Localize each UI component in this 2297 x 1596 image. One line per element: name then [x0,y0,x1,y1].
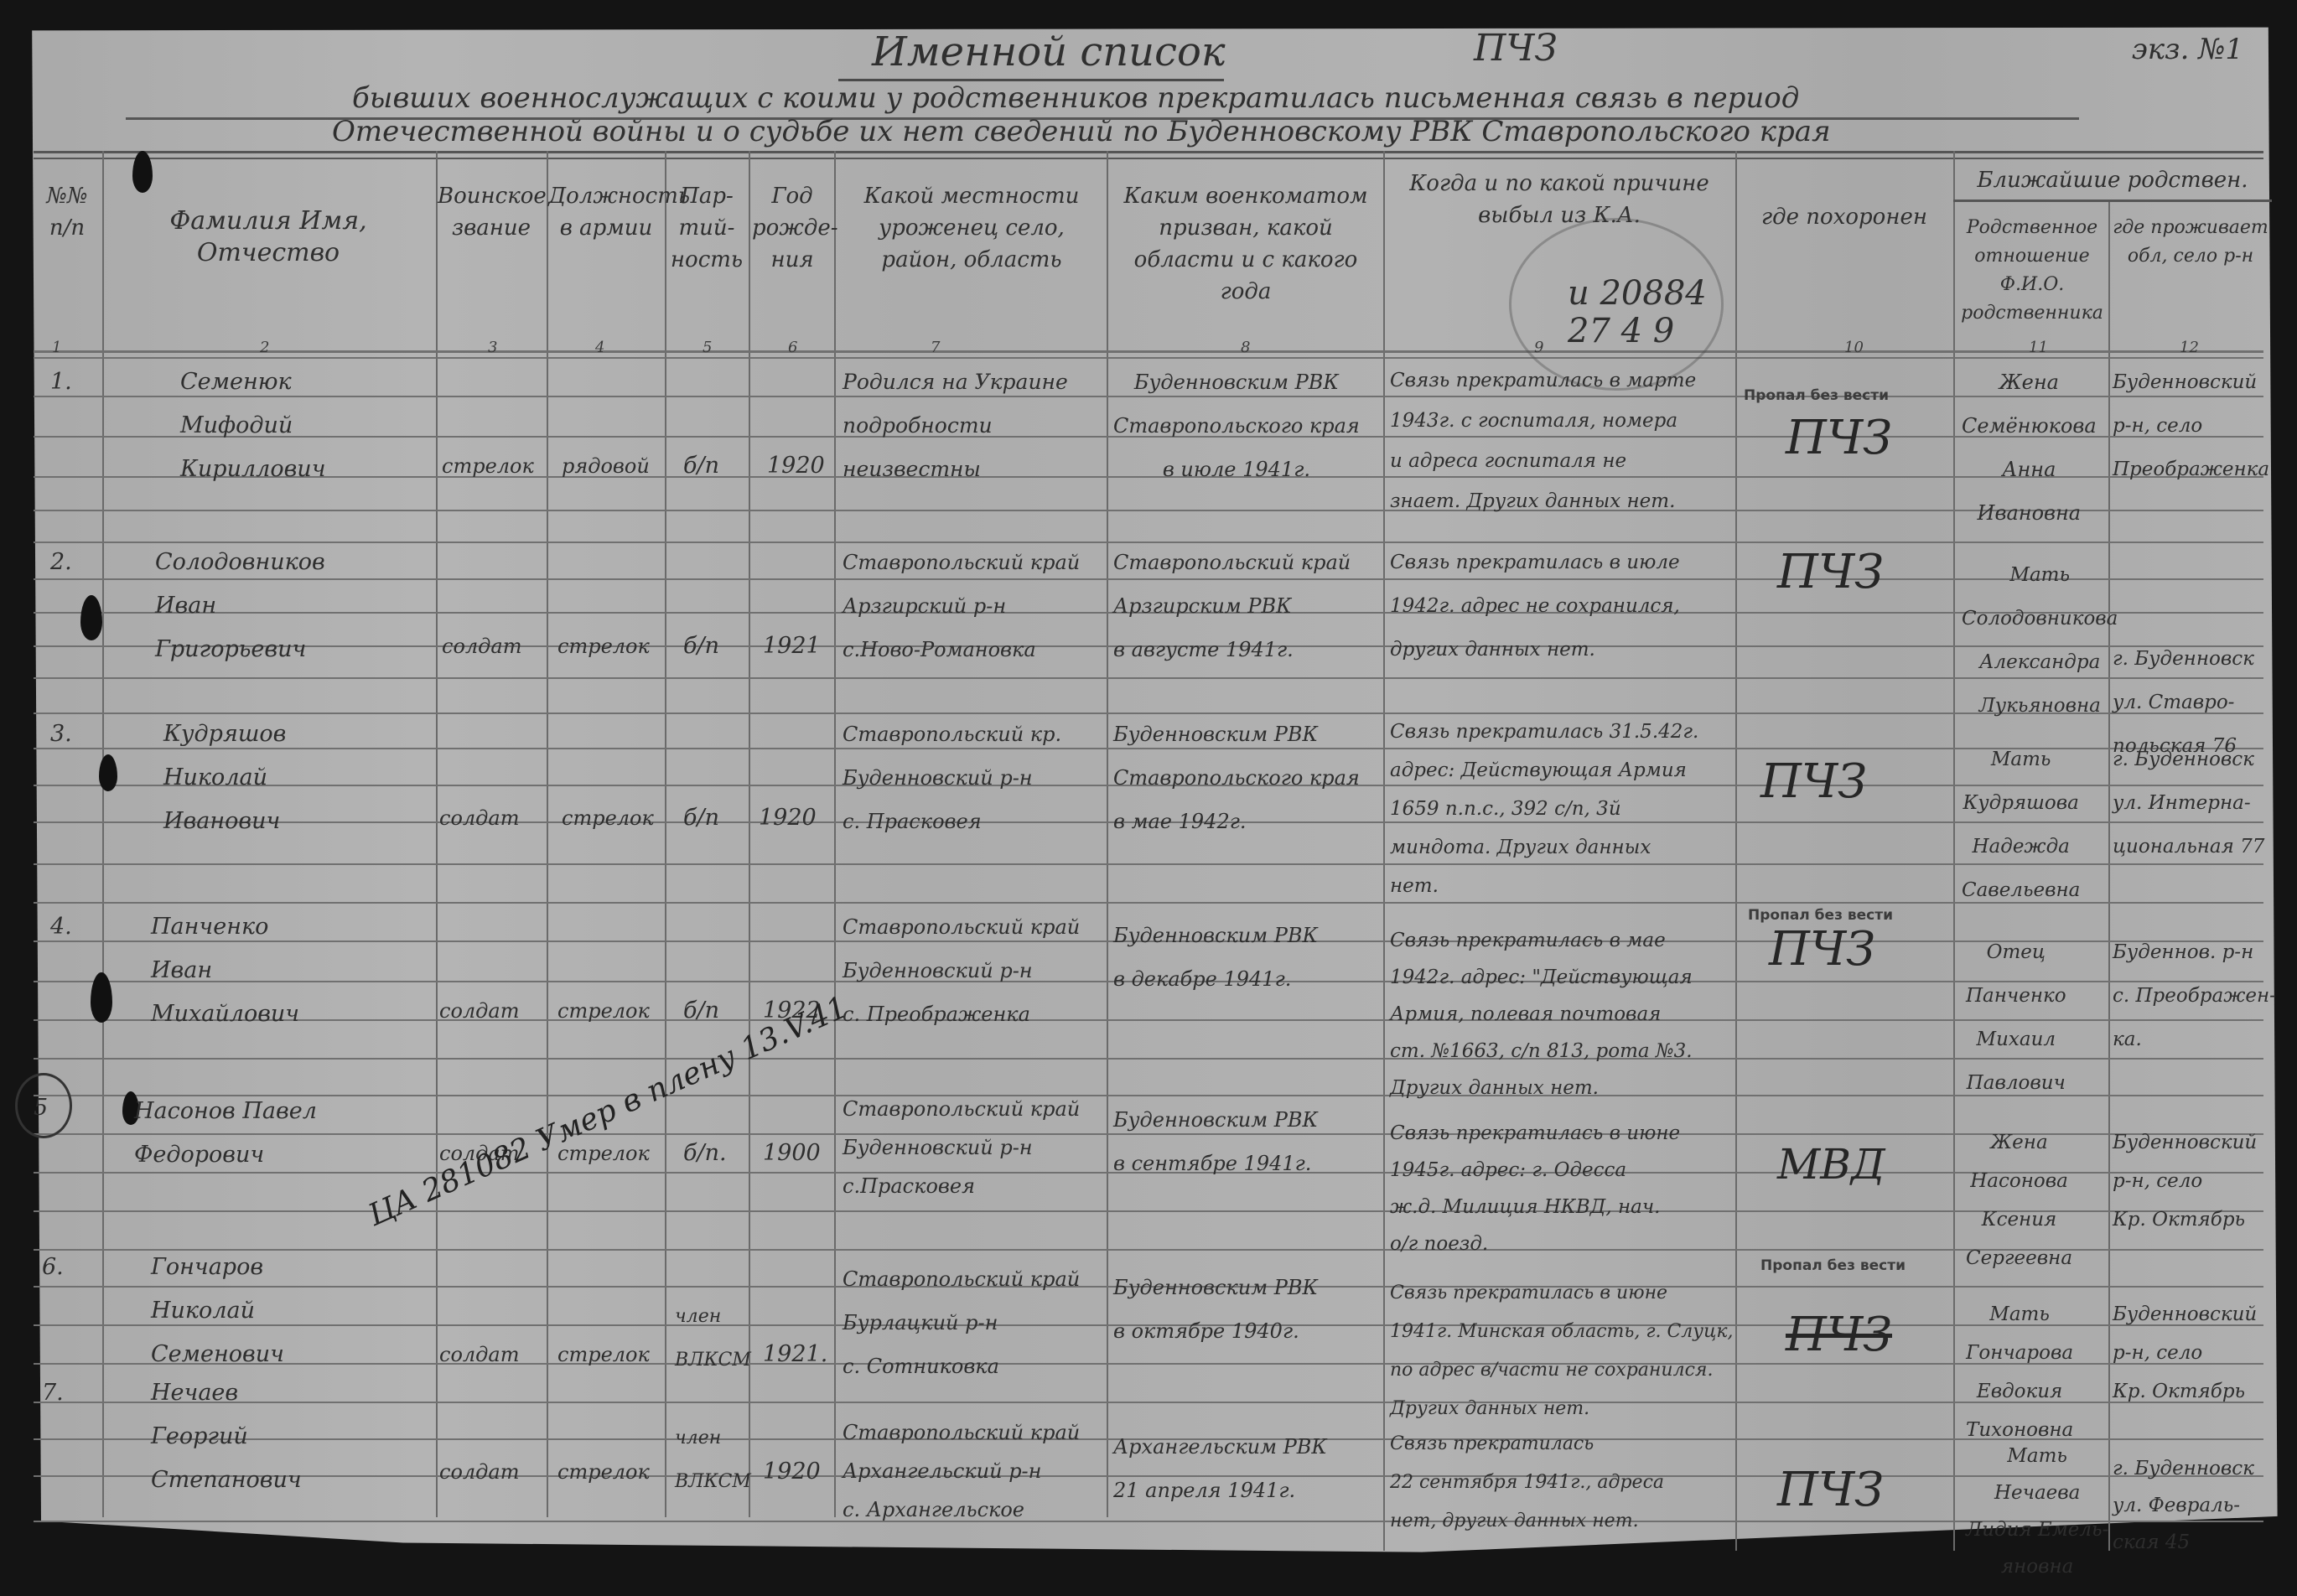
header-col-5: Пар-тий-ность [666,180,747,276]
row-5-party: б/п. [683,1132,727,1175]
row-7-burial: ПЧЗ [1777,1463,1884,1517]
ruled-line [34,677,2263,679]
row-6-drafted: Буденновским РВК в октябре 1940г. [1113,1266,1318,1353]
row-5-year: 1900 [763,1132,821,1175]
copy-number: экз. №1 [2132,35,2243,64]
subtitle-line-2: Отечественной войны и о судьбе их нет св… [332,117,1831,146]
row-6-burial: ПЧЗ [1786,1308,1892,1362]
col-number: 12 [2180,339,2199,356]
row-3-burial: ПЧЗ [1760,754,1867,809]
row-7-position: стрелок [557,1450,650,1494]
row-6-relative: Мать Гончарова Евдокия Тихоновна [1966,1295,2073,1449]
row-6-rank: солдат [439,1333,519,1376]
subtitle-line-1: бывших военнослужащих с коими у родствен… [352,84,1799,112]
row-1-party: б/п [683,444,719,488]
ruled-line [34,1363,2263,1365]
row-1-rank: стрелок [442,444,534,488]
row-1-position: рядовой [562,444,650,488]
row-5-residence: Буденновский р-н, село Кр. Октябрь [2113,1123,2257,1239]
col-divider [834,151,836,1517]
row-3-position: стрелок [562,796,654,840]
header-col-8: Каким военкоматом призван, какой области… [1111,180,1381,308]
col-number: 1 [52,339,61,356]
row-1-residence: Буденновский р-н, село Преображенка [2113,360,2269,491]
row-4-birthplace: Ставропольский край Буденновский р-н с. … [843,905,1080,1036]
col-number: 6 [788,339,797,356]
col-divider [1953,151,1955,1551]
header-col-9: Когда и по какой причине выбыл из К.А. [1387,168,1731,231]
stamp-number-1: и 20884 [1568,277,1707,310]
row-2-burial: ПЧЗ [1777,545,1884,599]
row-4-rank: солдат [439,989,519,1033]
row-6-residence: Буденновский р-н, село Кр. Октябрь [2113,1295,2257,1411]
row-4-relative: Отец Панченко Михаил Павлович [1966,930,2066,1105]
col-divider [665,151,666,1517]
row-3-drafted: Буденновским РВК Ставропольского края в … [1113,712,1360,843]
row-5-birthplace: Ставропольский край Буденновский р-н с.П… [843,1090,1080,1205]
row-1-drafted: Буденновским РВК Ставропольского края в … [1113,360,1360,491]
ruled-line [34,357,2263,359]
col-divider [1383,151,1385,1551]
header-col-7: Какой местности уроженец село, район, об… [838,180,1105,276]
archive-mark: ПЧЗ [1474,30,1558,67]
row-7-drafted: Архангельским РВК 21 апреля 1941г. [1113,1425,1327,1512]
row-4-party: б/п [683,989,719,1033]
ruled-line [34,510,2263,511]
row-6-year: 1921. [763,1333,827,1376]
row-6-burial-stamp: Пропал без вести [1760,1257,1906,1274]
row-7-year: 1920 [763,1450,821,1494]
row-7-relative: Мать Нечаева Лидия Емель- яновна [1966,1438,2108,1585]
row-2-birthplace: Ставропольский край Арзгирский р-н с.Нов… [843,541,1080,671]
ruled-line [34,863,2263,865]
row-5-burial: МВД [1777,1140,1885,1189]
row-7-rank: солдат [439,1450,519,1494]
row-2-drafted: Ставропольский край Арзгирским РВК в авг… [1113,541,1351,671]
ruled-line [34,902,2263,904]
header-col-10: где похоронен [1740,201,1949,233]
row-7-residence: г. Буденновск ул. Февраль- ская 45 [2113,1450,2254,1561]
paper-hole [99,754,117,791]
row-7-reason: Связь прекратилась 22 сентября 1941г., а… [1390,1425,1664,1541]
group-header-relatives: Ближайшие родствен. [1957,164,2268,196]
row-7-number: 7. [42,1371,64,1415]
row-6-number: 6. [42,1246,64,1289]
row-2-year: 1921 [763,624,821,668]
row-5-reason: Связь прекратилась в июне 1945г. адрес: … [1390,1115,1680,1262]
col-number: 5 [703,339,712,356]
header-bottom-rule [34,350,2263,353]
col-divider [1107,151,1108,1517]
row-2-position: стрелок [557,624,650,668]
header-col-11: Родственное отношение Ф.И.О. родственник… [1957,214,2107,328]
row-5-number: 5 [34,1086,48,1130]
header-col-3: Воинское звание [438,180,545,244]
group-header-rule [1953,199,2272,202]
col-number: 7 [931,339,940,356]
row-3-relative: Мать Кудряшова Надежда Савельевна [1962,738,2080,912]
row-4-burial-stamp: Пропал без вести [1748,907,1893,924]
row-3-name: Кудряшов Николай Иванович [163,712,286,843]
col-number: 8 [1241,339,1250,356]
row-1-number: 1. [50,360,72,404]
row-2-reason: Связь прекратилась в июле 1942г. адрес н… [1390,541,1680,671]
ruled-line [34,1095,2263,1096]
row-1-burial: ПЧЗ [1786,411,1892,465]
row-4-reason: Связь прекратилась в мае 1942г. адрес: "… [1390,922,1693,1106]
ruled-line [34,1058,2263,1060]
row-5-name: Насонов Павел Федорович [134,1090,317,1177]
col-number: 10 [1844,339,1864,356]
header-col-6: Год рожде-ния [752,180,832,276]
row-1-birthplace: Родился на Украине подробности неизвестн… [843,360,1068,491]
row-3-party: б/п [683,796,719,840]
row-1-relative: Жена Семёнюкова Анна Ивановна [1962,360,2097,535]
document-title: Именной список [872,32,1226,72]
col-number: 3 [488,339,497,356]
row-2-name: Солодовников Иван Григорьевич [155,541,325,671]
col-number: 2 [260,339,269,356]
row-2-number: 2. [50,541,72,584]
row-1-year: 1920 [767,444,825,488]
ruled-line [34,1402,2263,1403]
header-col-2: Фамилия Имя, Отчество [117,205,419,269]
header-rule-top [34,151,2263,153]
row-1-reason: Связь прекратилась в марте 1943г. с госп… [1390,360,1696,521]
row-7-birthplace: Ставропольский край Архангельский р-н с.… [843,1413,1080,1529]
row-3-rank: солдат [439,796,519,840]
col-number: 4 [595,339,604,356]
row-4-number: 4. [50,905,72,949]
row-6-name: Гончаров Николай Семенович [151,1246,284,1376]
row-5-relative: Жена Насонова Ксения Сергеевна [1966,1123,2072,1277]
col-number: 11 [2029,339,2048,356]
col-divider [547,151,548,1517]
row-6-party: член ВЛКСМ [675,1295,751,1382]
ruled-line [34,1521,2263,1522]
row-6-reason: Связь прекратилась в июне 1941г. Минская… [1390,1274,1734,1428]
row-3-year: 1920 [759,796,817,840]
row-3-reason: Связь прекратилась 31.5.42г. адрес: Дейс… [1390,712,1698,905]
header-col-4: Должность в армии [548,180,664,244]
header-col-12: где проживает обл, село р-н [2111,214,2270,271]
row-6-position: стрелок [557,1333,650,1376]
row-4-name: Панченко Иван Михайлович [151,905,299,1036]
row-2-rank: солдат [442,624,521,668]
col-divider [2108,201,2110,1551]
row-4-burial: ПЧЗ [1769,922,1875,977]
stamp-number-2: 27 4 9 [1568,314,1674,348]
row-1-burial-stamp: Пропал без вести [1744,387,1889,404]
col-divider [1735,151,1737,1551]
col-divider [102,151,104,1517]
row-5-drafted: Буденновским РВК в сентябре 1941г. [1113,1098,1318,1185]
header-rule-top-2 [34,158,2263,159]
col-divider [436,151,438,1517]
row-4-residence: Буденнов. р-н с. Преображен- ка. [2113,930,2276,1061]
row-4-drafted: Буденновским РВК в декабре 1941г. [1113,914,1318,1001]
ruled-line [34,1249,2263,1251]
row-4-position: стрелок [557,989,650,1033]
header-col-1: №№ п/п [34,180,101,244]
row-7-name: Нечаев Георгий Степанович [151,1371,302,1502]
row-2-relative: Мать Солодовникова Александра Лукьяновна [1962,553,2118,728]
row-3-number: 3. [50,712,72,756]
row-1-name: Семенюк Мифодий Кириллович [180,360,326,491]
row-6-birthplace: Ставропольский край Бурлацкий р-н с. Сот… [843,1257,1080,1388]
row-7-party: член ВЛКСМ [675,1417,751,1504]
row-2-party: б/п [683,624,719,668]
row-3-residence: г. Буденновск ул. Интерна- циональная 77 [2113,738,2264,868]
row-3-birthplace: Ставропольский кр. Буденновский р-н с. П… [843,712,1061,843]
ruled-line [34,1019,2263,1021]
